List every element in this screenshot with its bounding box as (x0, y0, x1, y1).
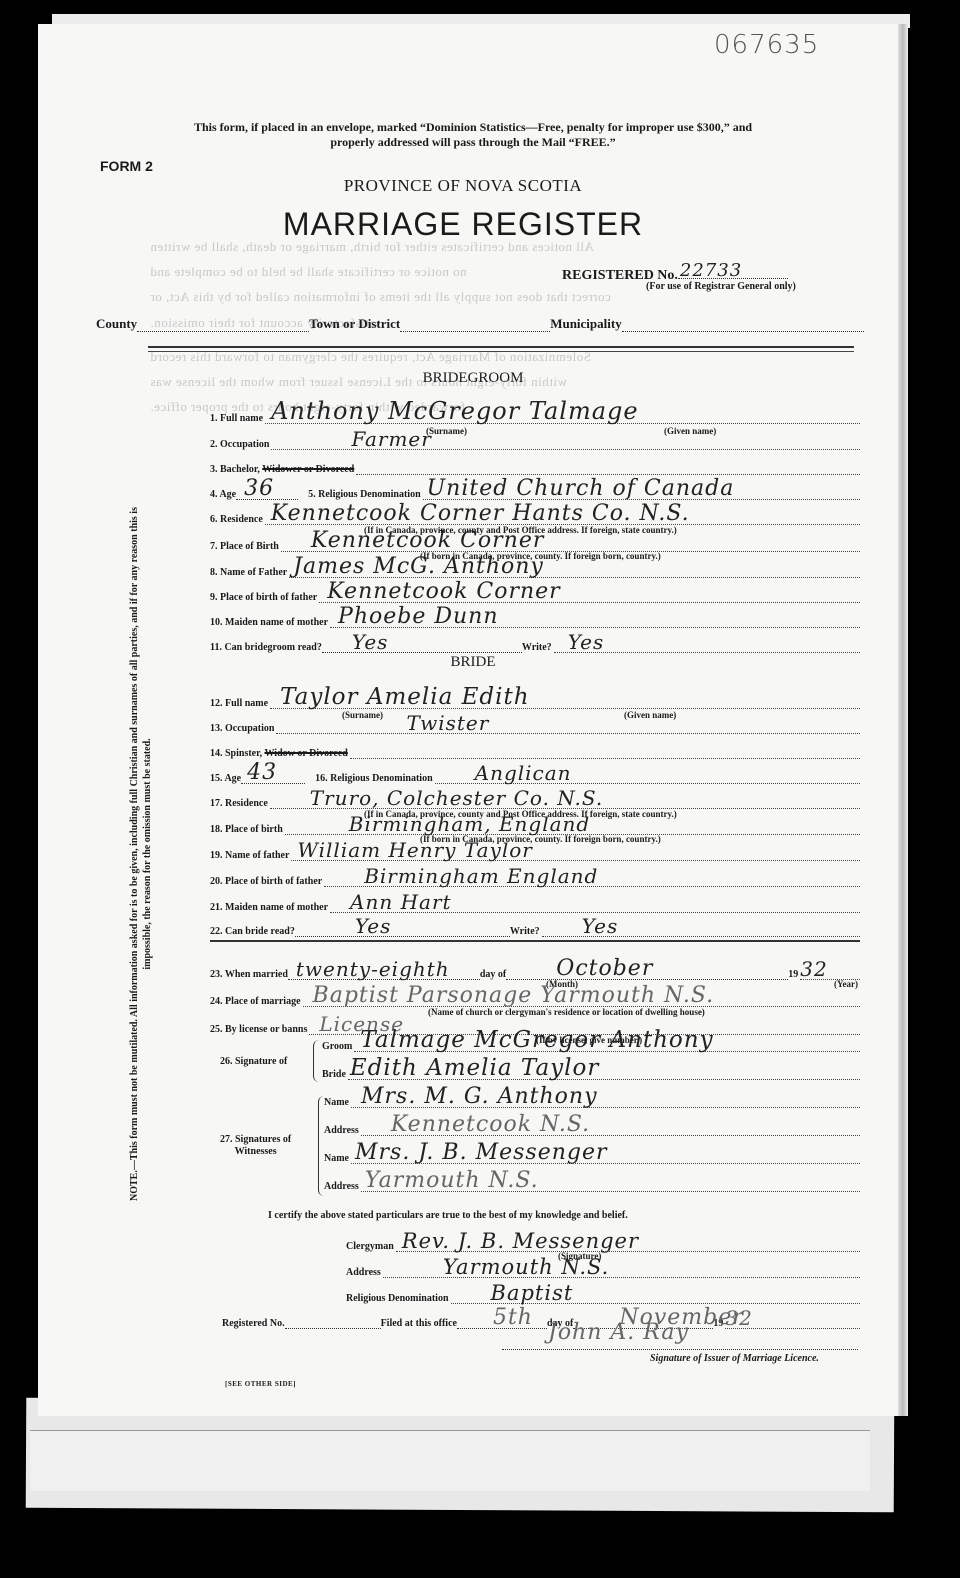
field-label: 24. Place of marriage (210, 996, 301, 1007)
divider (148, 346, 854, 348)
field-bride-signature: Bride Edith Amelia Taylor (322, 1062, 860, 1080)
witnesses-label: 27. Signatures of Witnesses (220, 1134, 291, 1158)
field-father-birthplace: 20. Place of birth of father Birmingham … (210, 869, 860, 887)
field-label: 4. Age (210, 489, 236, 500)
bride-religion-field[interactable]: Anglican (435, 771, 860, 784)
field-clergy-denomination: Religious Denomination Baptist (346, 1286, 860, 1304)
witness2-address-field[interactable]: Yarmouth N.S. (361, 1179, 860, 1192)
marriage-place-value: Baptist Parsonage Yarmouth N.S. (313, 983, 715, 1008)
form-label: FORM 2 (100, 158, 153, 174)
field-label: 20. Place of birth of father (210, 876, 322, 887)
field-clergy-address: Address Yarmouth N.S. (346, 1260, 860, 1278)
bride-write-value: Yes (582, 914, 619, 938)
field-label: 17. Residence (210, 798, 268, 809)
groom-age-value: 36 (244, 476, 274, 501)
witness1-address-value: Kennetcook N.S. (391, 1112, 590, 1137)
field-label: 14. Spinster, Widow or Divorced (210, 748, 348, 759)
field-label: Registered No. (222, 1318, 285, 1329)
write-label: Write? (510, 926, 540, 937)
bride-religion-value: Anglican (475, 761, 572, 785)
filing-registered-field[interactable] (285, 1316, 381, 1329)
struck-option: Widow or Divorced (264, 748, 347, 759)
clergyman-signature-value: Rev. J. B. Messenger (402, 1229, 639, 1253)
field-label: 8. Name of Father (210, 567, 287, 578)
write-label: Write? (522, 642, 552, 653)
field-age-religion: 15. Age 43 16. Religious Denomination An… (210, 766, 860, 784)
groom-read-value: Yes (352, 630, 389, 654)
bride-mother-value: Ann Hart (350, 890, 452, 914)
field-label: Groom (322, 1041, 352, 1052)
field-witness2-name: Name Mrs. J. B. Messenger (324, 1146, 860, 1164)
groom-mother-value: Phoebe Dunn (338, 604, 498, 629)
field-label: 3. Bachelor, Widower or Divorced (210, 464, 354, 475)
field-age-religion: 4. Age 36 5. Religious Denomination Unit… (210, 482, 860, 500)
groom-occupation-field[interactable]: Farmer (271, 437, 860, 450)
signature-label: 26. Signature of (220, 1056, 287, 1067)
field-father-name: 8. Name of Father James McG. Anthony (210, 560, 860, 578)
postal-notice: This form, if placed in an envelope, mar… (93, 120, 853, 150)
witness1-name-field[interactable]: Mrs. M. G. Anthony (351, 1095, 860, 1108)
field-label: Address (324, 1125, 359, 1136)
filing-row: Registered No. Filed at this office 5th … (222, 1311, 860, 1329)
province-heading: PROVINCE OF NOVA SCOTIA (28, 176, 898, 196)
clergyman-signature-field[interactable]: Rev. J. B. Messenger (396, 1239, 860, 1252)
bride-father-value: William Henry Taylor (297, 838, 532, 862)
bride-residence-field[interactable]: Truro, Colchester Co. N.S. (270, 796, 860, 809)
field-residence: 6. Residence Kennetcook Corner Hants Co.… (210, 507, 860, 525)
bridegroom-heading: BRIDEGROOM (38, 370, 908, 387)
bride-father-birthplace-value: Birmingham England (364, 864, 598, 888)
field-label: 21. Maiden name of mother (210, 902, 328, 913)
bride-write-field[interactable]: Yes (542, 924, 860, 937)
field-label: Address (324, 1181, 359, 1192)
field-label: 7. Place of Birth (210, 541, 279, 552)
bride-residence-value: Truro, Colchester Co. N.S. (310, 786, 603, 810)
field-label: 9. Place of birth of father (210, 592, 317, 603)
registrar-note: (For use of Registrar General only) (646, 281, 796, 292)
bride-full-name-field[interactable]: Taylor Amelia Edith (270, 696, 860, 709)
field-label: 25. By license or banns (210, 1024, 307, 1035)
underlying-sheet (30, 1430, 870, 1491)
field-read-write: 22. Can bride read? Yes Write? Yes (210, 919, 860, 937)
field-clergyman: Clergyman Rev. J. B. Messenger (346, 1234, 860, 1252)
field-witness1-name: Name Mrs. M. G. Anthony (324, 1090, 860, 1108)
groom-full-name-value: Anthony McGregor Talmage (271, 397, 639, 425)
field-place-of-birth: 7. Place of Birth Kennetcook Corner (210, 534, 860, 552)
bride-read-value: Yes (355, 914, 392, 938)
witness2-name-field[interactable]: Mrs. J. B. Messenger (351, 1151, 860, 1164)
bride-full-name-value: Taylor Amelia Edith (280, 684, 529, 710)
field-label: Name (324, 1097, 349, 1108)
field-label: 23. When married (210, 969, 288, 980)
groom-father-value: James McG. Anthony (293, 554, 544, 579)
issuer-signature-value: John A. Ray (548, 1320, 689, 1345)
municipality-field[interactable] (622, 319, 864, 332)
groom-marital-field[interactable] (356, 462, 860, 475)
registered-number-value: 22733 (680, 260, 742, 281)
field-when-married: 23. When married twenty-eighth day of Oc… (210, 962, 860, 980)
field-father-birthplace: 9. Place of birth of father Kennetcook C… (210, 585, 860, 603)
clergy-denomination-field[interactable]: Baptist (451, 1291, 860, 1304)
divider (148, 351, 854, 352)
field-residence: 17. Residence Truro, Colchester Co. N.S. (210, 791, 860, 809)
filed-day-value: 5th (493, 1305, 533, 1330)
field-marital-status: 14. Spinster, Widow or Divorced (210, 741, 860, 759)
field-label: 11. Can bridegroom read? (210, 642, 322, 653)
field-label: Bride (322, 1069, 346, 1080)
groom-father-birthplace-value: Kennetcook Corner (327, 579, 561, 604)
certification-statement: I certify the above stated particulars a… (268, 1210, 628, 1221)
year-hint: (Year) (834, 979, 858, 989)
marriage-place-field[interactable]: Baptist Parsonage Yarmouth N.S. (303, 994, 860, 1007)
field-label: 16. Religious Denomination (315, 773, 433, 784)
marriage-month-value: October (556, 956, 653, 981)
issuer-label: Signature of Issuer of Marriage Licence. (650, 1353, 819, 1364)
filed-year-field[interactable]: 32 (725, 1316, 860, 1329)
bride-birthplace-value: Birmingham, England (349, 812, 590, 836)
bleed-through-text: no notice or certificate shall be held t… (150, 264, 467, 280)
groom-read-field[interactable]: Yes (322, 640, 522, 653)
year-prefix: 19 (788, 969, 798, 980)
marriage-day-value: twenty-eighth (296, 957, 450, 981)
groom-write-field[interactable]: Yes (554, 640, 860, 653)
page-title: MARRIAGE REGISTER (28, 206, 898, 243)
marriage-day-field[interactable]: twenty-eighth (288, 967, 480, 980)
field-mother-maiden: 21. Maiden name of mother Ann Hart (210, 895, 860, 913)
field-label: 1. Full name (210, 413, 263, 424)
groom-residence-value: Kennetcook Corner Hants Co. N.S. (271, 501, 690, 526)
field-label: 6. Residence (210, 514, 263, 525)
bride-read-field[interactable]: Yes (295, 924, 510, 937)
witness2-address-value: Yarmouth N.S. (365, 1168, 539, 1193)
field-occupation: 2. Occupation Farmer (210, 432, 860, 450)
bride-heading: BRIDE (38, 654, 908, 671)
location-row: County Town or District Municipality (96, 316, 864, 332)
field-groom-signature: Groom Talmage McGregor Anthony (322, 1034, 860, 1052)
field-label: 10. Maiden name of mother (210, 617, 328, 628)
field-label: 18. Place of birth (210, 824, 283, 835)
marriage-year-value: 32 (800, 957, 827, 981)
bride-signature-value: Edith Amelia Taylor (350, 1055, 599, 1081)
filed-year-value: 32 (725, 1306, 752, 1330)
groom-birthplace-value: Kennetcook Corner (311, 528, 545, 553)
field-place-of-marriage: 24. Place of marriage Baptist Parsonage … (210, 989, 860, 1007)
field-witness2-address: Address Yarmouth N.S. (324, 1174, 860, 1192)
county-label: County (96, 316, 137, 332)
clergy-denomination-value: Baptist (491, 1281, 574, 1305)
field-label: Address (346, 1267, 381, 1278)
groom-write-value: Yes (568, 630, 605, 654)
groom-father-birthplace-field[interactable]: Kennetcook Corner (319, 590, 860, 603)
witness1-name-value: Mrs. M. G. Anthony (361, 1084, 598, 1109)
county-field[interactable] (137, 319, 309, 332)
groom-father-field[interactable]: James McG. Anthony (289, 565, 860, 578)
bride-mother-field[interactable]: Ann Hart (330, 900, 860, 913)
field-marital-status: 3. Bachelor, Widower or Divorced (210, 457, 860, 475)
groom-signature-field[interactable]: Talmage McGregor Anthony (354, 1039, 860, 1052)
municipality-label: Municipality (550, 316, 622, 332)
issuer-signature-line[interactable] (502, 1349, 858, 1350)
field-witness1-address: Address Kennetcook N.S. (324, 1118, 860, 1136)
field-father-name: 19. Name of father William Henry Taylor (210, 843, 860, 861)
field-label: 13. Occupation (210, 723, 274, 734)
registered-number-field[interactable]: 22733 (678, 264, 788, 279)
town-label: Town or District (309, 316, 400, 332)
struck-option: Widower or Divorced (262, 464, 354, 475)
postal-notice-line: This form, if placed in an envelope, mar… (93, 120, 853, 135)
bride-marital-field[interactable] (350, 746, 860, 759)
field-label: Name (324, 1153, 349, 1164)
archive-number: 067635 (714, 30, 819, 60)
day-of-label: day of (480, 969, 506, 980)
clergy-address-field[interactable]: Yarmouth N.S. (383, 1265, 860, 1278)
bride-occupation-field[interactable]: Twister (276, 721, 860, 734)
groom-residence-field[interactable]: Kennetcook Corner Hants Co. N.S. (265, 512, 860, 525)
bride-father-field[interactable]: William Henry Taylor (291, 848, 860, 861)
filed-day-field[interactable]: 5th (457, 1316, 547, 1329)
field-label: Religious Denomination (346, 1293, 449, 1304)
field-label: 12. Full name (210, 698, 268, 709)
groom-age-field[interactable]: 36 (236, 487, 298, 500)
field-label: 19. Name of father (210, 850, 289, 861)
field-label: Clergyman (346, 1241, 394, 1252)
clergy-address-value: Yarmouth N.S. (443, 1255, 610, 1279)
side-note: NOTE.—This form must not be mutilated. A… (128, 494, 154, 1214)
field-label: Filed at this office (381, 1318, 457, 1329)
see-other-side: [SEE OTHER SIDE] (225, 1380, 296, 1388)
witness2-name-value: Mrs. J. B. Messenger (355, 1140, 608, 1165)
groom-religion-field[interactable]: United Church of Canada (423, 487, 860, 500)
bride-signature-field[interactable]: Edith Amelia Taylor (348, 1067, 860, 1080)
bride-father-birthplace-field[interactable]: Birmingham England (324, 874, 860, 887)
field-read-write: 11. Can bridegroom read? Yes Write? Yes (210, 635, 860, 653)
groom-mother-field[interactable]: Phoebe Dunn (330, 615, 860, 628)
field-mother-maiden: 10. Maiden name of mother Phoebe Dunn (210, 610, 860, 628)
divider (210, 940, 860, 942)
bride-occupation-value: Twister (406, 711, 489, 735)
field-full-name: 12. Full name Taylor Amelia Edith (210, 691, 860, 709)
place-hint: (Name of church or clergyman's residence… (428, 1007, 705, 1017)
field-label: 2. Occupation (210, 439, 269, 450)
town-field[interactable] (400, 319, 550, 332)
postal-notice-line: properly addressed will pass through the… (93, 135, 853, 150)
groom-religion-value: United Church of Canada (427, 476, 735, 501)
groom-signature-value: Talmage McGregor Anthony (360, 1027, 713, 1053)
field-place-of-birth: 18. Place of birth Birmingham, England (210, 817, 860, 835)
field-occupation: 13. Occupation Twister (210, 716, 860, 734)
marriage-register-form: All notices and certificates either for … (38, 24, 908, 1416)
bride-age-field[interactable]: 43 (241, 771, 305, 784)
field-label: 22. Can bride read? (210, 926, 295, 937)
brace (313, 1040, 320, 1082)
bride-age-value: 43 (247, 760, 277, 785)
groom-occupation-value: Farmer (351, 427, 431, 451)
page-edge (898, 24, 908, 1416)
witness1-address-field[interactable]: Kennetcook N.S. (361, 1123, 860, 1136)
field-label: 15. Age (210, 773, 241, 784)
field-full-name: 1. Full name Anthony McGregor Talmage (210, 406, 860, 424)
bleed-through-text: correct that does not supply all the ite… (150, 289, 611, 305)
field-label: 5. Religious Denomination (308, 489, 421, 500)
groom-full-name-field[interactable]: Anthony McGregor Talmage (265, 411, 860, 424)
